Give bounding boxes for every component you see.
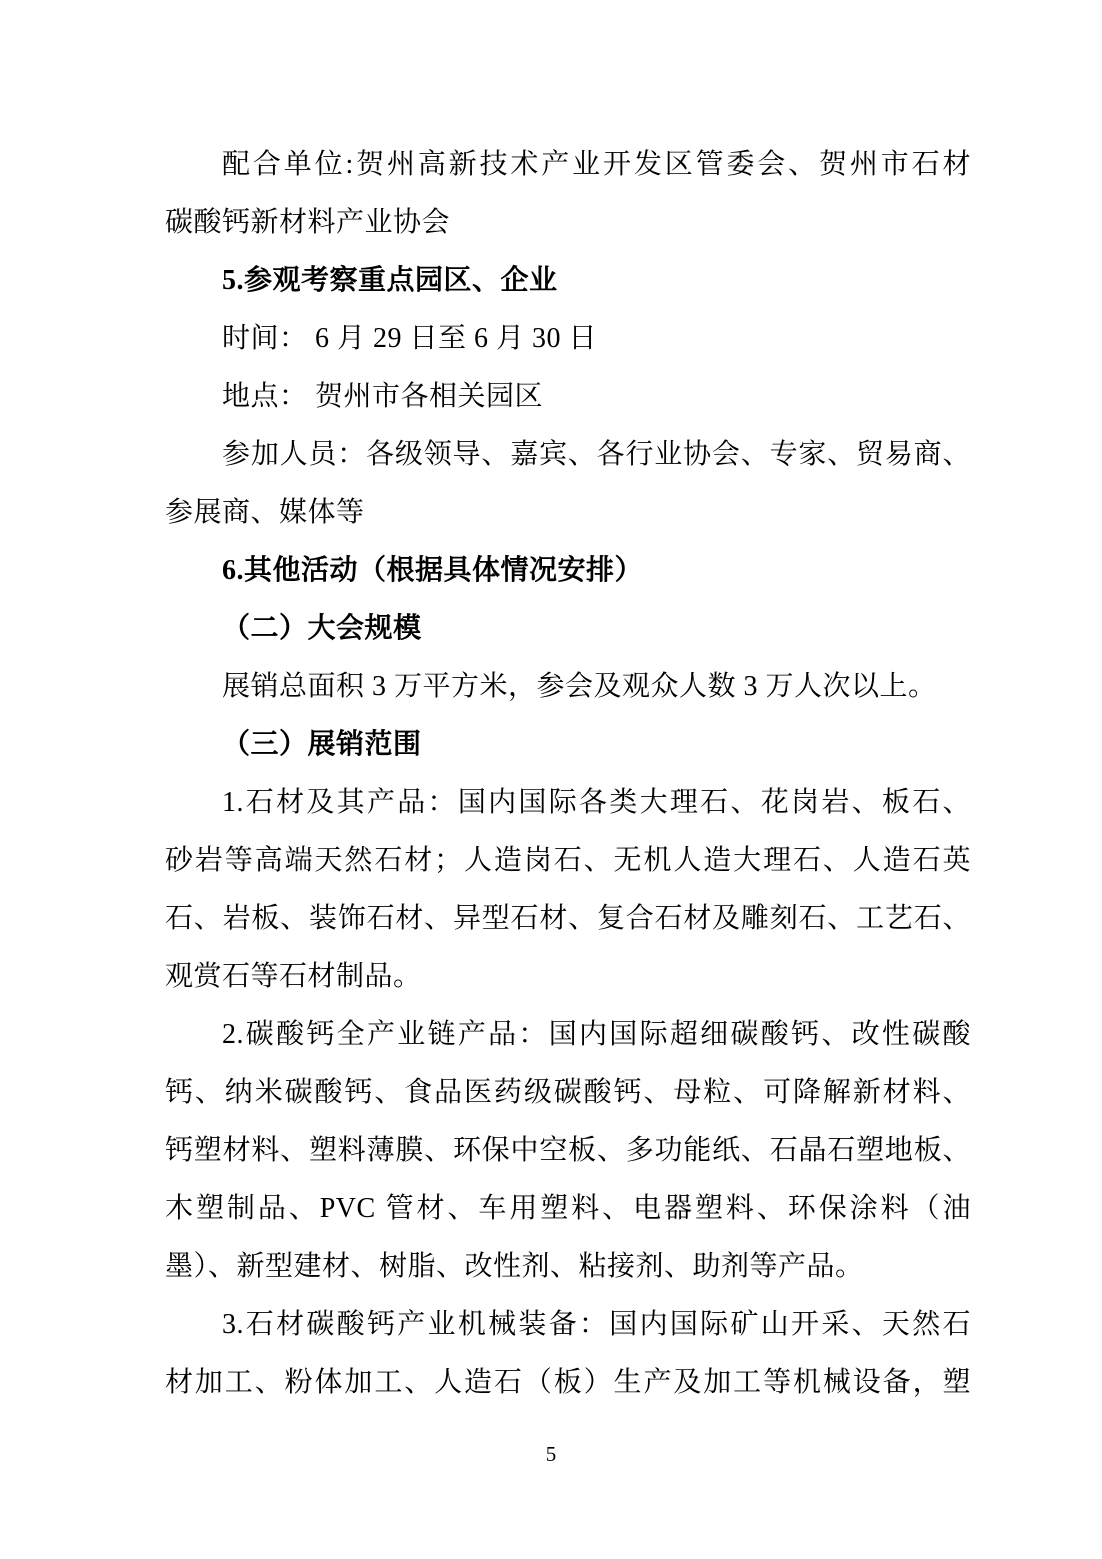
paragraph-line: 配合单位:贺州高新技术产业开发区管委会、贺州市石材	[165, 136, 971, 194]
paragraph-line: 碳酸钙新材料产业协会	[165, 194, 971, 252]
paragraph-line: 材加工、粉体加工、人造石（板）生产及加工等机械设备，塑	[165, 1354, 971, 1412]
paragraph-line: 参展商、媒体等	[165, 484, 971, 542]
paragraph-line: 钙塑材料、塑料薄膜、环保中空板、多功能纸、石晶石塑地板、	[165, 1122, 971, 1180]
paragraph-line: 1.石材及其产品：国内国际各类大理石、花岗岩、板石、	[165, 774, 971, 832]
section-heading: （三）展销范围	[165, 716, 971, 774]
paragraph-line: 木塑制品、PVC 管材、车用塑料、电器塑料、环保涂料（油	[165, 1180, 971, 1238]
paragraph-line: 展销总面积 3 万平方米，参会及观众人数 3 万人次以上。	[165, 658, 971, 716]
paragraph-line: 3.石材碳酸钙产业机械装备：国内国际矿山开采、天然石	[165, 1296, 971, 1354]
section-heading: （二）大会规模	[165, 600, 971, 658]
section-heading: 6.其他活动（根据具体情况安排）	[165, 542, 971, 600]
paragraph-line: 观赏石等石材制品。	[165, 948, 971, 1006]
paragraph-line: 砂岩等高端天然石材；人造岗石、无机人造大理石、人造石英	[165, 832, 971, 890]
paragraph-line: 时间： 6 月 29 日至 6 月 30 日	[165, 310, 971, 368]
paragraph-line: 2.碳酸钙全产业链产品：国内国际超细碳酸钙、改性碳酸	[165, 1006, 971, 1064]
paragraph-line: 墨）、新型建材、树脂、改性剂、粘接剂、助剂等产品。	[165, 1238, 971, 1296]
document-body: 配合单位:贺州高新技术产业开发区管委会、贺州市石材 碳酸钙新材料产业协会 5.参…	[165, 136, 971, 1412]
paragraph-line: 参加人员：各级领导、嘉宾、各行业协会、专家、贸易商、	[165, 426, 971, 484]
paragraph-line: 地点： 贺州市各相关园区	[165, 368, 971, 426]
paragraph-line: 钙、纳米碳酸钙、食品医药级碳酸钙、母粒、可降解新材料、	[165, 1064, 971, 1122]
page-number: 5	[0, 1438, 1102, 1470]
section-heading: 5.参观考察重点园区、企业	[165, 252, 971, 310]
document-page: 配合单位:贺州高新技术产业开发区管委会、贺州市石材 碳酸钙新材料产业协会 5.参…	[0, 0, 1102, 1559]
paragraph-line: 石、岩板、装饰石材、异型石材、复合石材及雕刻石、工艺石、	[165, 890, 971, 948]
